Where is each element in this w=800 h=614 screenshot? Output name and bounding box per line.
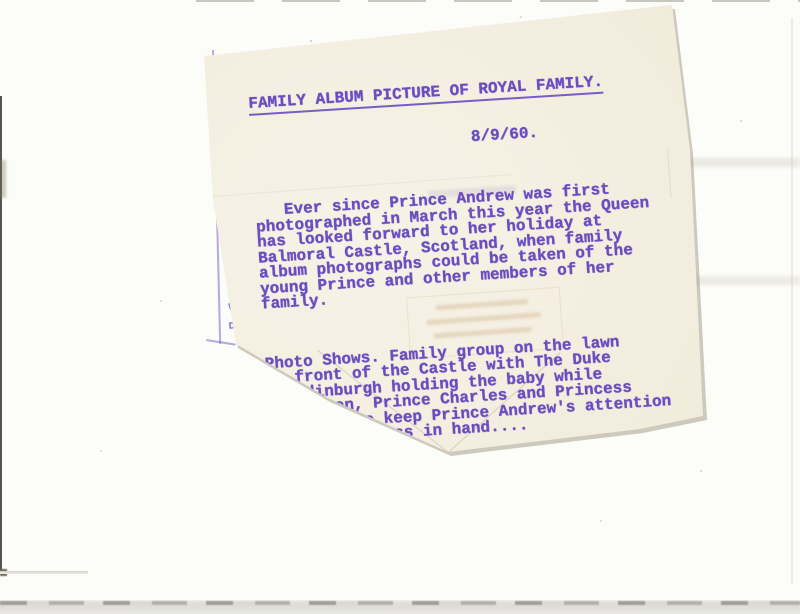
scan-top-edge xyxy=(196,0,800,2)
caption-date: 8/9/60. xyxy=(251,113,731,159)
scan-streak xyxy=(686,276,800,285)
typed-caption: FAMILY ALBUM PICTURE OF ROYAL FAMILY. 8/… xyxy=(246,36,751,481)
scan-streak xyxy=(688,158,800,167)
scanned-photo-back: DA TH SU WE DAI FAMILY ALBUM PICTURE OF … xyxy=(0,0,800,614)
under-paper-bottom-edge xyxy=(0,571,88,574)
dust-specks xyxy=(310,40,312,42)
caption-paragraph-1: Ever since Prince Andrew was firstphotog… xyxy=(255,175,741,313)
left-edge-smudge xyxy=(0,160,6,198)
scan-right-streak xyxy=(791,18,793,584)
caption-paragraph-2: Photo Shows. Family group on the lawnin … xyxy=(264,327,749,450)
caption-paper: FAMILY ALBUM PICTURE OF ROYAL FAMILY. 8/… xyxy=(0,0,800,614)
caption-title-text: FAMILY ALBUM PICTURE OF ROYAL FAMILY. xyxy=(248,73,604,116)
caption-title: FAMILY ALBUM PICTURE OF ROYAL FAMILY. xyxy=(248,67,728,113)
scan-bottom-deckle-edge xyxy=(0,601,800,605)
